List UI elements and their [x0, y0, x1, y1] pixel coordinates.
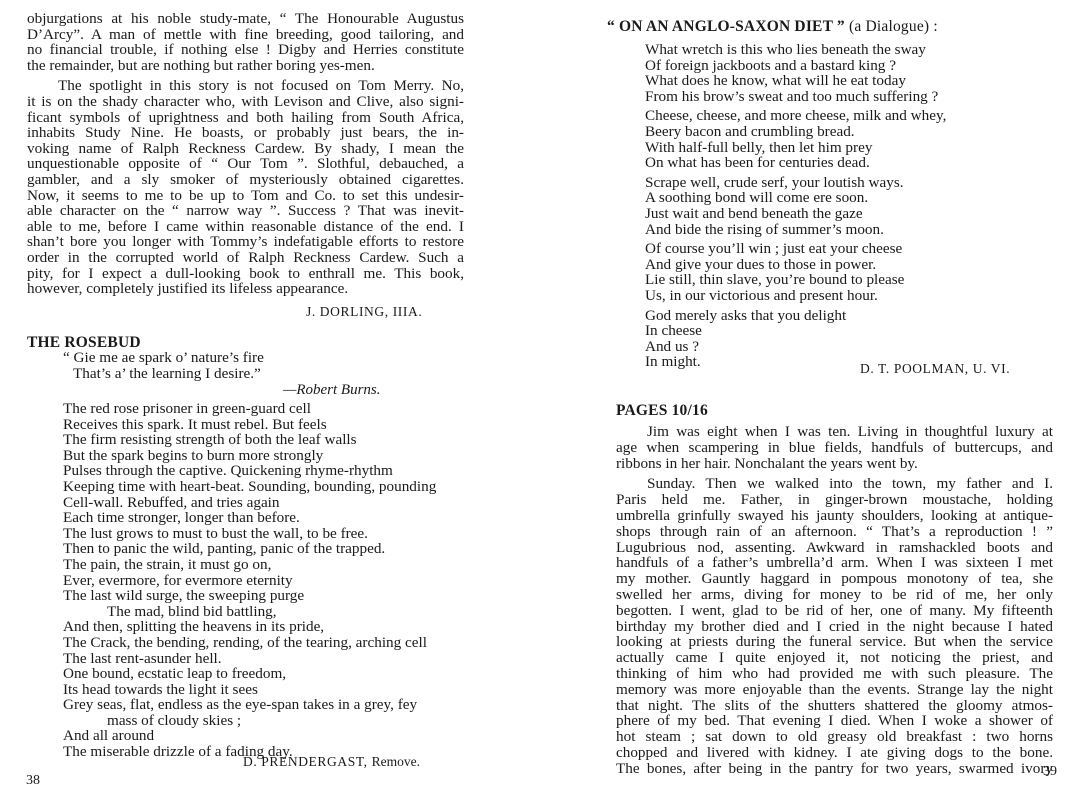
stanza-2: Cheese, cheese, and more cheese, milk an…: [645, 108, 946, 170]
text-line: gambler, and a sly smoker of mysteriousl…: [27, 172, 464, 188]
poem-line: Each time stronger, longer than before.: [63, 510, 436, 526]
text-line: looking at priests during the funeral se…: [616, 634, 1053, 650]
poem-rosebud-signature: D. PRENDERGAST, Remove.: [243, 754, 420, 770]
text-line: ficant symbols of uprightness and both h…: [27, 110, 464, 126]
right-page: “ ON AN ANGLO-SAXON DIET ” (a Dialogue) …: [555, 0, 1085, 800]
text-line: able character on the “ narrow way ”. Su…: [27, 203, 464, 219]
poem-line: Cheese, cheese, and more cheese, milk an…: [645, 108, 946, 124]
review-signature: J. DORLING, IIIA.: [306, 304, 422, 320]
text-line: it is on the shady character who, with L…: [27, 94, 464, 110]
dialogue-subtitle: (a Dialogue) :: [849, 18, 938, 35]
poem-line: Then to panic the wild, panting, panic o…: [63, 541, 436, 557]
poem-line: One bound, ecstatic leap to freedom,: [63, 666, 436, 682]
text-line: actually came I quite enjoyed it, not no…: [616, 650, 1053, 666]
text-line: hot steam ; sat down to old greasy old b…: [616, 729, 1053, 745]
poem-line: In cheese: [645, 323, 946, 339]
text-line: Lugubrious nod, assenting. Awkward in ra…: [616, 540, 1053, 556]
poem-line: The last rent-asunder hell.: [63, 651, 436, 667]
poem-line: And then, splitting the heavens in its p…: [63, 619, 436, 635]
poem-line: Its head towards the light it sees: [63, 682, 436, 698]
poem-line: Us, in our victorious and present hour.: [645, 288, 946, 304]
author-form: Remove.: [372, 754, 420, 769]
poem-line: The mad, blind bid battling,: [63, 604, 436, 620]
text-line: unquestionable opposite of “ Our Tom ”. …: [27, 156, 464, 172]
story-paragraph-1: Jim was eight when I was ten. Living in …: [616, 424, 1053, 471]
poem-line: Pulses through the captive. Quickening r…: [63, 463, 436, 479]
text-line: ribbons in her hair. Nonchalant the year…: [616, 456, 1053, 472]
text-line: begotten. I went, glad to be rid of her,…: [616, 603, 1053, 619]
poem-line: Scrape well, crude serf, your loutish wa…: [645, 175, 946, 191]
text-line: no financial trouble, if nothing else ! …: [27, 42, 464, 58]
text-line: age when scampering in blue fields, hand…: [616, 440, 1053, 456]
text-line: Paris held me. Father, in ginger-brown m…: [616, 492, 1053, 508]
poem-line: Grey seas, flat, endless as the eye-span…: [63, 697, 436, 713]
text-line: thinking of him who had provided me with…: [616, 666, 1053, 682]
poem-line: What wretch is this who lies beneath the…: [645, 42, 946, 58]
text-line: pity, for I expect a dull-looking book t…: [27, 266, 464, 282]
author-name: D. PRENDERGAST,: [243, 754, 368, 769]
text-line: umbrella grinfully swayed his jaunty sho…: [616, 508, 1053, 524]
text-line: shops through rain of an afternoon. “ Th…: [616, 524, 1053, 540]
dialogue-title-text: “ ON AN ANGLO-SAXON DIET ”: [607, 18, 845, 35]
text-line: shan’t bore you longer with Tommy’s inde…: [27, 234, 464, 250]
poem-line: But the spark begins to burn more strong…: [63, 448, 436, 464]
poem-epigraph: “ Gie me ae spark o’ nature’s fire That’…: [63, 350, 264, 381]
poem-line: The Crack, the bending, rending, of the …: [63, 635, 436, 651]
text-line: able to me, before I came within reasona…: [27, 219, 464, 235]
poem-line: Ever, evermore, for evermore eternity: [63, 573, 436, 589]
poem-line: The last wild surge, the sweeping purge: [63, 588, 436, 604]
poem-line: Of foreign jackboots and a bastard king …: [645, 58, 946, 74]
text-line: swelled her arms, diving for money to be…: [616, 587, 1053, 603]
text-line: memory was more enjoyable than the event…: [616, 682, 1053, 698]
page-number-right: 39: [1043, 764, 1057, 780]
text-line: The bones, after being in the pantry for…: [616, 761, 1053, 777]
poem-line: On what has been for centuries dead.: [645, 155, 946, 171]
text-line: objurgations at his noble study-mate, “ …: [27, 11, 464, 27]
stanza-1: What wretch is this who lies beneath the…: [645, 42, 946, 104]
poem-line: Cell-wall. Rebuffed, and tries again: [63, 495, 436, 511]
poem-rosebud-body: The red rose prisoner in green-guard cel…: [63, 401, 436, 760]
book-review-continuation: objurgations at his noble study-mate, “ …: [27, 11, 464, 297]
dialogue-poem-body: What wretch is this who lies beneath the…: [645, 42, 946, 374]
poem-line: What does he know, what will he eat toda…: [645, 73, 946, 89]
dialogue-poem-title: “ ON AN ANGLO-SAXON DIET ” (a Dialogue) …: [607, 18, 938, 36]
page-number-left: 38: [26, 773, 40, 789]
poem-line: And bide the rising of summer’s moon.: [645, 222, 946, 238]
poem-line: The pain, the strain, it must go on,: [63, 557, 436, 573]
poem-line: And all around: [63, 728, 436, 744]
epigraph-line: That’s a’ the learning I desire.”: [63, 366, 264, 382]
text-line: voking name of Ralph Reckness Cardew. By…: [27, 141, 464, 157]
text-line: birthday my brother died and I cried in …: [616, 619, 1053, 635]
text-line: Sunday. Then we walked into the town, my…: [616, 476, 1053, 492]
story-paragraph-2: Sunday. Then we walked into the town, my…: [616, 476, 1053, 776]
text-line: order in the corrupted world of Ralph Re…: [27, 250, 464, 266]
dialogue-poem-signature: D. T. POOLMAN, U. VI.: [860, 361, 1010, 377]
story-body: Jim was eight when I was ten. Living in …: [616, 424, 1053, 777]
epigraph-attribution: —Robert Burns.: [283, 382, 381, 399]
poem-line: Receives this spark. It must rebel. But …: [63, 417, 436, 433]
review-paragraph-1: objurgations at his noble study-mate, “ …: [27, 11, 464, 73]
epigraph-line: “ Gie me ae spark o’ nature’s fire: [63, 350, 264, 366]
text-line: The spotlight in this story is not focus…: [27, 78, 464, 94]
text-line: that night. The slits of the shutters sh…: [616, 698, 1053, 714]
poem-line: A soothing bond will come ere soon.: [645, 190, 946, 206]
poem-line: And give your dues to those in power.: [645, 257, 946, 273]
text-line: Jim was eight when I was ten. Living in …: [616, 424, 1053, 440]
stanza-4: Of course you’ll win ; just eat your che…: [645, 241, 946, 303]
story-title: PAGES 10/16: [616, 402, 708, 420]
poem-line: Of course you’ll win ; just eat your che…: [645, 241, 946, 257]
poem-line: The red rose prisoner in green-guard cel…: [63, 401, 436, 417]
text-line: chopped and livered with kidney. I ate g…: [616, 745, 1053, 761]
left-page: objurgations at his noble study-mate, “ …: [0, 0, 545, 800]
text-line: phere of my bed. That evening I died. Wh…: [616, 713, 1053, 729]
poem-line: Beery bacon and crumbling bread.: [645, 124, 946, 140]
poem-line: And us ?: [645, 339, 946, 355]
poem-line: mass of cloudy skies ;: [63, 713, 436, 729]
text-line: however, completely justified its lifele…: [27, 281, 464, 297]
text-line: handfuls of a father’s umbrella’d arm. W…: [616, 555, 1053, 571]
poem-line: With half-full belly, then let him prey: [645, 140, 946, 156]
text-line: my mother. Gauntly haggard in pompous mo…: [616, 571, 1053, 587]
poem-line: Just wait and bend beneath the gaze: [645, 206, 946, 222]
poem-line: From his brow’s sweat and too much suffe…: [645, 89, 946, 105]
poem-line: The firm resisting strength of both the …: [63, 432, 436, 448]
poem-line: Lie still, thin slave, you’re bound to p…: [645, 272, 946, 288]
text-line: the remainder, but are nothing but rathe…: [27, 58, 464, 74]
poem-line: God merely asks that you delight: [645, 308, 946, 324]
poem-line: The lust grows to must to bust the wall,…: [63, 526, 436, 542]
text-line: Now, it seems to me to be up to Tom and …: [27, 188, 464, 204]
stanza-3: Scrape well, crude serf, your loutish wa…: [645, 175, 946, 237]
text-line: inhabits Study Nine. He boasts, or proba…: [27, 125, 464, 141]
poem-line: Keeping time with heart-beat. Sounding, …: [63, 479, 436, 495]
review-paragraph-2: The spotlight in this story is not focus…: [27, 78, 464, 296]
text-line: D’Arcy”. A man of mettle with fine breed…: [27, 27, 464, 43]
